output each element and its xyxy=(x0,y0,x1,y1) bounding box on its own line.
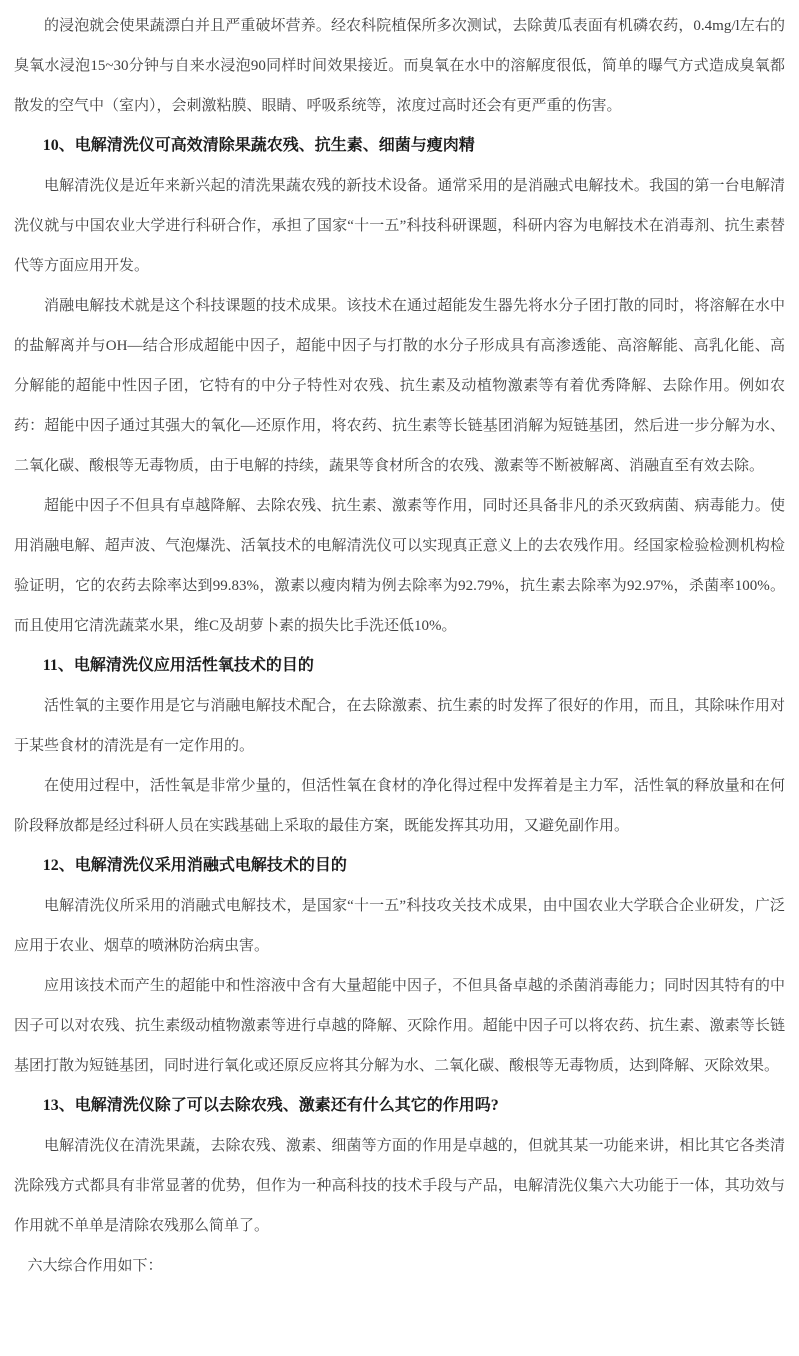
paragraph-six-functions-intro: 电解清洗仪在清洗果蔬，去除农残、激素、细菌等方面的作用是卓越的，但就其某一功能来… xyxy=(14,1126,785,1246)
paragraph-tech-origin: 电解清洗仪所采用的消融式电解技术，是国家“十一五”科技攻关技术成果，由中国农业大… xyxy=(14,886,785,966)
paragraph-device-intro: 电解清洗仪是近年来新兴起的清洗果蔬农残的新技术设备。通常采用的是消融式电解技术。… xyxy=(14,166,785,286)
paragraph-neutral-solution: 应用该技术而产生的超能中和性溶液中含有大量超能中因子，不但具备卓越的杀菌消毒能力… xyxy=(14,966,785,1086)
paragraph-active-oxygen-purpose: 活性氧的主要作用是它与消融电解技术配合，在去除激素、抗生素的时发挥了很好的作用，… xyxy=(14,686,785,766)
paragraph-removal-rates: 超能中因子不但具有卓越降解、去除农残、抗生素、激素等作用，同时还具备非凡的杀灭致… xyxy=(14,486,785,646)
section-heading-11: 11、电解清洗仪应用活性氧技术的目的 xyxy=(14,646,785,686)
section-heading-12-prefix: 12、电解清洗仪采用 xyxy=(43,857,187,874)
document-page: 的浸泡就会使果蔬漂白并且严重破坏营养。经农科院植保所多次测试，去除黄瓜表面有机磷… xyxy=(0,0,799,1326)
section-heading-10: 10、电解清洗仪可高效清除果蔬农残、抗生素、细菌与瘦肉精 xyxy=(14,126,785,166)
section-heading-12: 12、电解清洗仪采用消融式电解技术的目的 xyxy=(14,846,785,886)
paragraph-active-oxygen-usage: 在使用过程中，活性氧是非常少量的，但活性氧在食材的净化得过程中发挥着是主力军，活… xyxy=(14,766,785,846)
paragraph-ozone-soak-continuation: 的浸泡就会使果蔬漂白并且严重破坏营养。经农科院植保所多次测试，去除黄瓜表面有机磷… xyxy=(14,6,785,126)
paragraph-electrolysis-technology: 消融电解技术就是这个科技课题的技术成果。该技术在通过超能发生器先将水分子团打散的… xyxy=(14,286,785,486)
section-heading-12-emphasis: 消融式电解技术的目的 xyxy=(187,857,347,874)
section-heading-13: 13、电解清洗仪除了可以去除农残、激素还有什么其它的作用吗? xyxy=(14,1086,785,1126)
paragraph-six-functions-lead-in: 六大综合作用如下： xyxy=(14,1246,785,1286)
